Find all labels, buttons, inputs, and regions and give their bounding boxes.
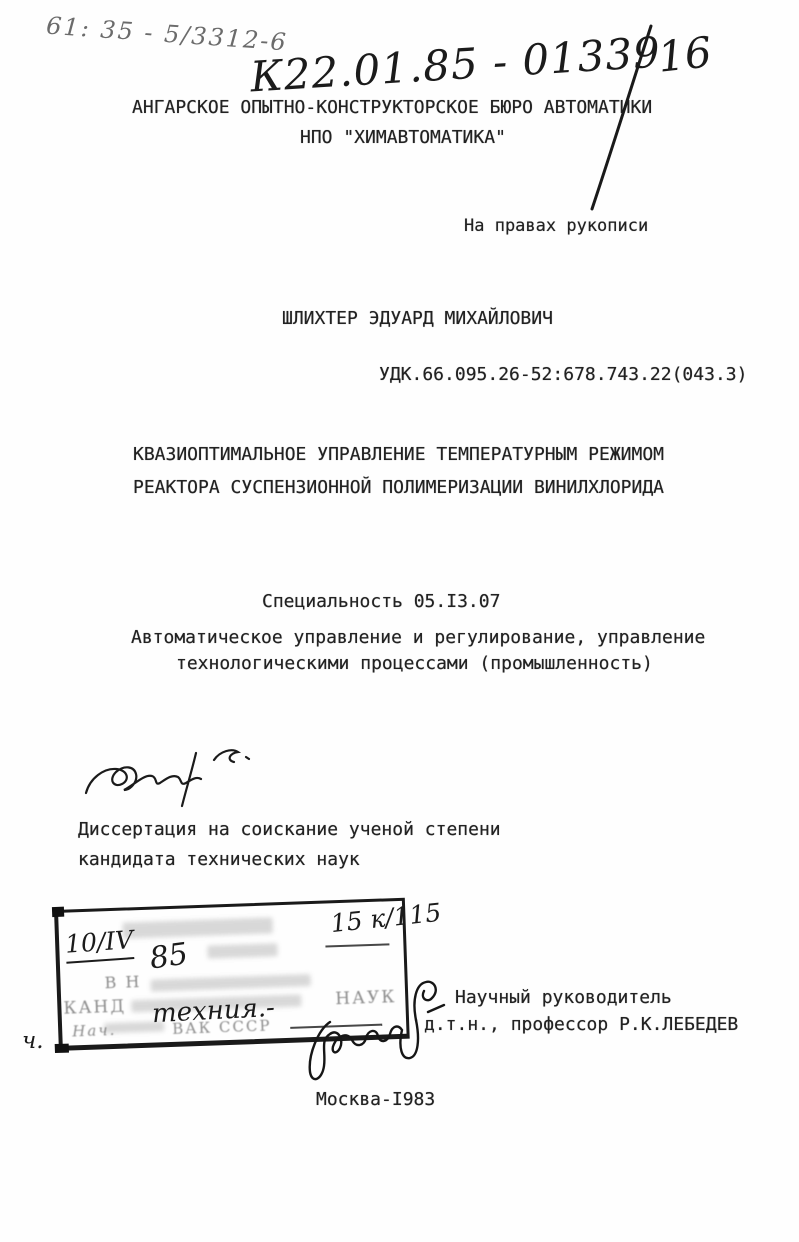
specialty-description-line2: технологическими процессами (промышленно… <box>176 653 653 674</box>
registration-stamp: В Н КАНД НАУК Нач. ВАК СССР 10/IV 85 15 … <box>54 898 410 1051</box>
dissertation-statement-line2: кандидата технических наук <box>78 849 360 870</box>
stamp-handwritten-fee: 15 к/115 <box>329 898 442 938</box>
handwritten-registration-suffix: 16 <box>656 27 714 81</box>
organization-name-line1: АНГАРСКОЕ ОПЫТНО-КОНСТРУКТОРСКОЕ БЮРО АВ… <box>132 97 652 118</box>
ink-strokes-overlay <box>0 0 799 1242</box>
stamp-faint-text-nach: Нач. <box>72 1021 117 1041</box>
stamp-corner-mark <box>52 907 64 917</box>
specialty-description-line1: Автоматическое управление и регулировани… <box>131 627 705 648</box>
udc-code: УДК.66.095.26-52:678.743.22(043.3) <box>379 364 747 385</box>
stamp-dash-line <box>290 1024 382 1029</box>
handwritten-catalog-code: 61: 35 - 5/3312-6 <box>45 12 288 57</box>
stamp-handwritten-word: техния.- <box>151 993 275 1029</box>
dissertation-statement-line1: Диссертация на соискание ученой степени <box>78 819 501 840</box>
author-name: ШЛИХТЕР ЭДУАРД МИХАЙЛОВИЧ <box>282 308 553 329</box>
stamp-illegible-print <box>207 943 277 958</box>
stamp-handwritten-date: 10/IV <box>64 925 134 964</box>
stamp-illegible-print <box>122 917 272 938</box>
stamp-faint-text-nauk: НАУК <box>335 987 397 1009</box>
organization-name-line2: НПО "ХИМАВТОМАТИКА" <box>300 127 506 148</box>
stamp-faint-text: В Н <box>104 972 141 992</box>
author-signature <box>86 750 249 806</box>
dissertation-title-line2: РЕАКТОРА СУСПЕНЗИОННОЙ ПОЛИМЕРИЗАЦИИ ВИН… <box>133 477 664 498</box>
specialty-heading: Специальность 05.I3.07 <box>262 591 500 612</box>
stamp-fee-underline <box>325 943 389 947</box>
stamp-illegible-print <box>150 974 310 992</box>
scanned-title-page: 61: 35 - 5/3312-6 К22.01.85 - 01339 16 А… <box>0 0 799 1242</box>
imprint-city-year: Москва-I983 <box>316 1089 435 1110</box>
manuscript-rights-note: На правах рукописи <box>464 216 648 236</box>
supervisor-name: д.т.н., профессор Р.К.ЛЕБЕДЕВ <box>424 1014 738 1035</box>
dissertation-title-line1: КВАЗИОПТИМАЛЬНОЕ УПРАВЛЕНИЕ ТЕМПЕРАТУРНЫ… <box>133 444 664 465</box>
handwritten-registration-number: К22.01.85 - 01339 <box>249 27 662 101</box>
handwritten-check-mark: ч. <box>22 1028 44 1054</box>
stamp-faint-text-kand: КАНД <box>63 997 126 1019</box>
supervisor-label: Научный руководитель <box>455 987 672 1008</box>
stamp-handwritten-year: 85 <box>147 937 190 977</box>
stamp-corner-mark <box>55 1044 69 1053</box>
